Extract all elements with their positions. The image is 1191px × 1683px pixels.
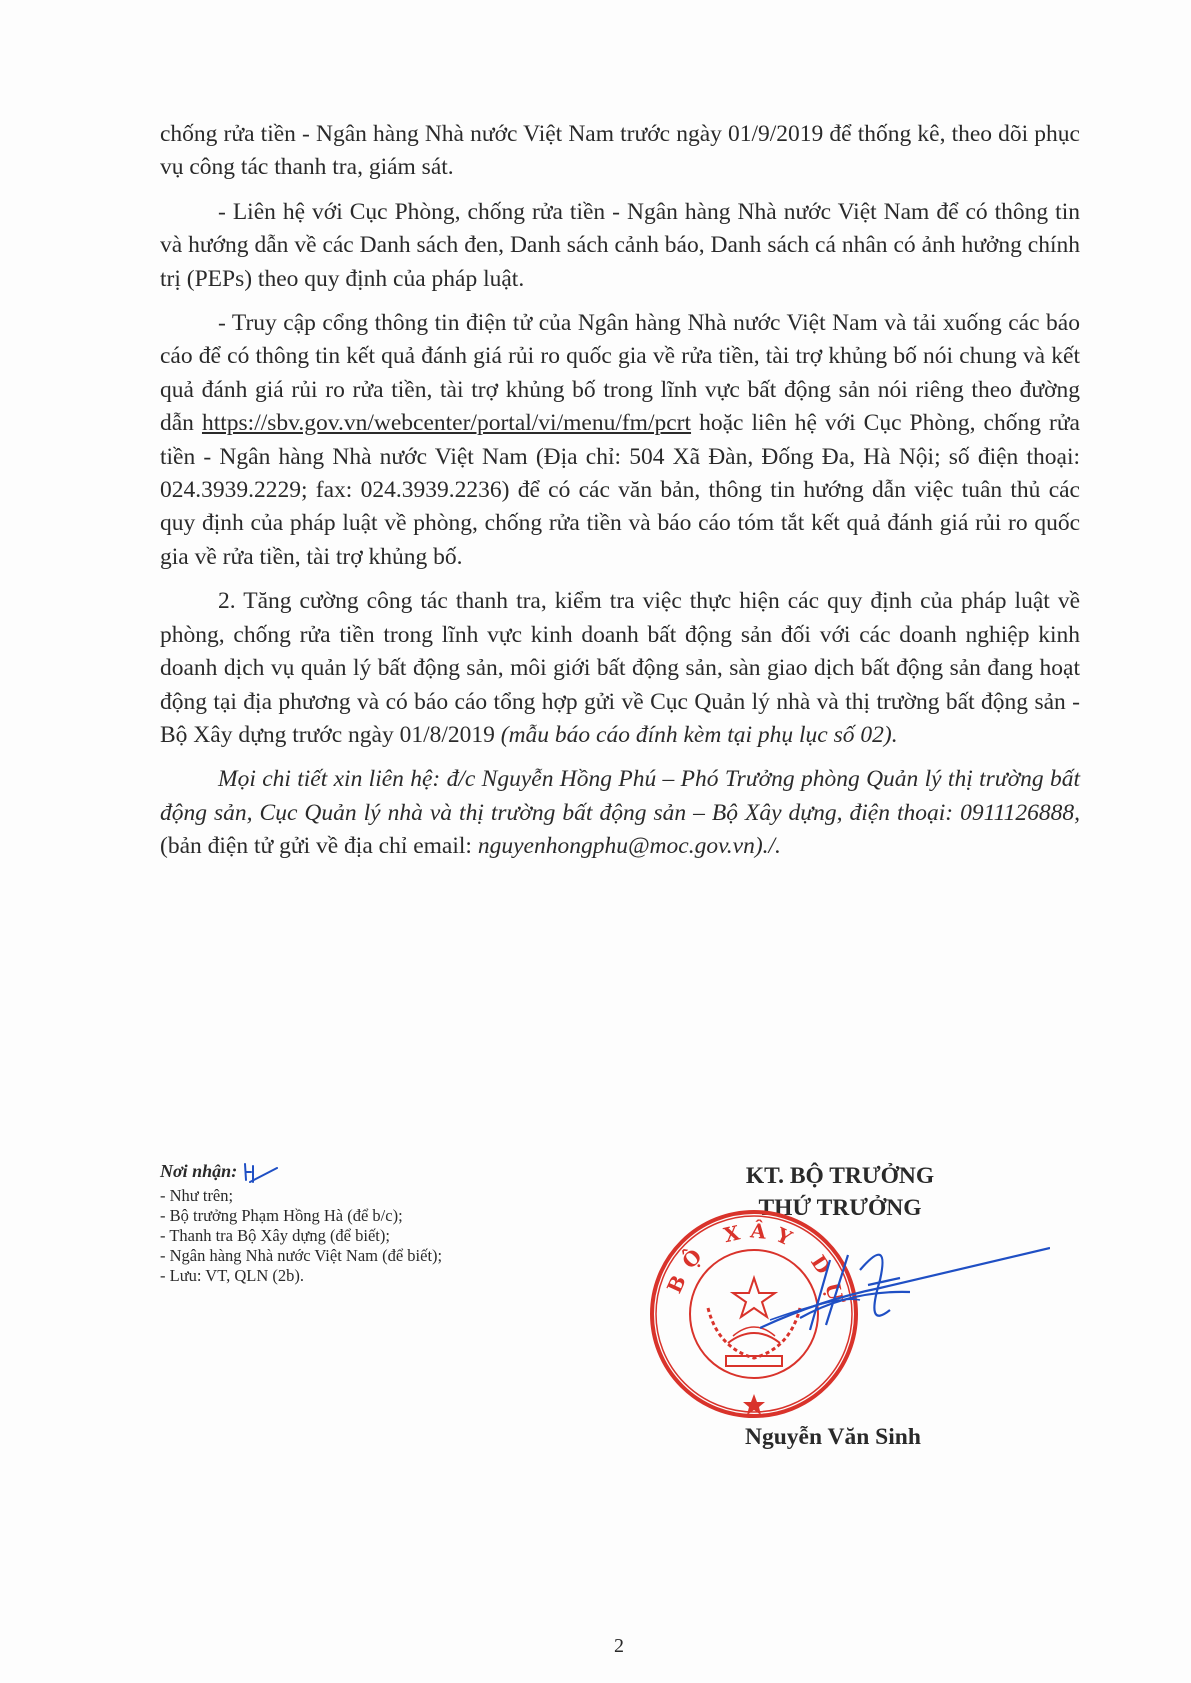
initials-mark-icon [241,1160,281,1186]
paragraph-contact-details: Mọi chi tiết xin liên hệ: đ/c Nguyễn Hồn… [160,763,1080,863]
document-page: chống rửa tiền - Ngân hàng Nhà nước Việt… [0,0,1191,1683]
recipients-title: Nơi nhận: [160,1161,237,1181]
recipient-item: - Ngân hàng Nhà nước Việt Nam (để biết); [160,1246,442,1266]
sbv-portal-link[interactable]: https://sbv.gov.vn/webcenter/portal/vi/m… [202,410,691,436]
paragraph-inspection: 2. Tăng cường công tác thanh tra, kiểm t… [160,585,1080,752]
recipients-block: Nơi nhận: - Như trên; - Bộ trưởng Phạm H… [160,1160,442,1286]
recipient-item: - Thanh tra Bộ Xây dựng (để biết); [160,1226,442,1246]
recipient-item: - Bộ trưởng Phạm Hồng Hà (để b/c); [160,1206,442,1226]
inspection-appendix-note: (mẫu báo cáo đính kèm tại phụ lục số 02)… [501,722,898,748]
signature-line-1: KT. BỘ TRƯỞNG [690,1160,990,1192]
document-body: chống rửa tiền - Ngân hàng Nhà nước Việt… [160,118,1080,875]
recipient-item: - Lưu: VT, QLN (2b). [160,1266,442,1286]
paragraph-portal-access: - Truy cập cổng thông tin điện tử của Ng… [160,307,1080,574]
signer-name: Nguyễn Văn Sinh [745,1424,921,1451]
recipient-item: - Như trên; [160,1186,442,1206]
handwritten-signature-icon [760,1240,1050,1350]
contact-email-note: (bản điện tử gửi về địa chỉ email: [160,833,472,859]
paragraph-continuation: chống rửa tiền - Ngân hàng Nhà nước Việt… [160,118,1080,185]
paragraph-contact-aml: - Liên hệ với Cục Phòng, chống rửa tiền … [160,196,1080,296]
contact-person: Mọi chi tiết xin liên hệ: đ/c Nguyễn Hồn… [160,766,1080,825]
page-number: 2 [614,1635,624,1658]
contact-email[interactable]: nguyenhongphu@moc.gov.vn)./. [478,833,781,859]
